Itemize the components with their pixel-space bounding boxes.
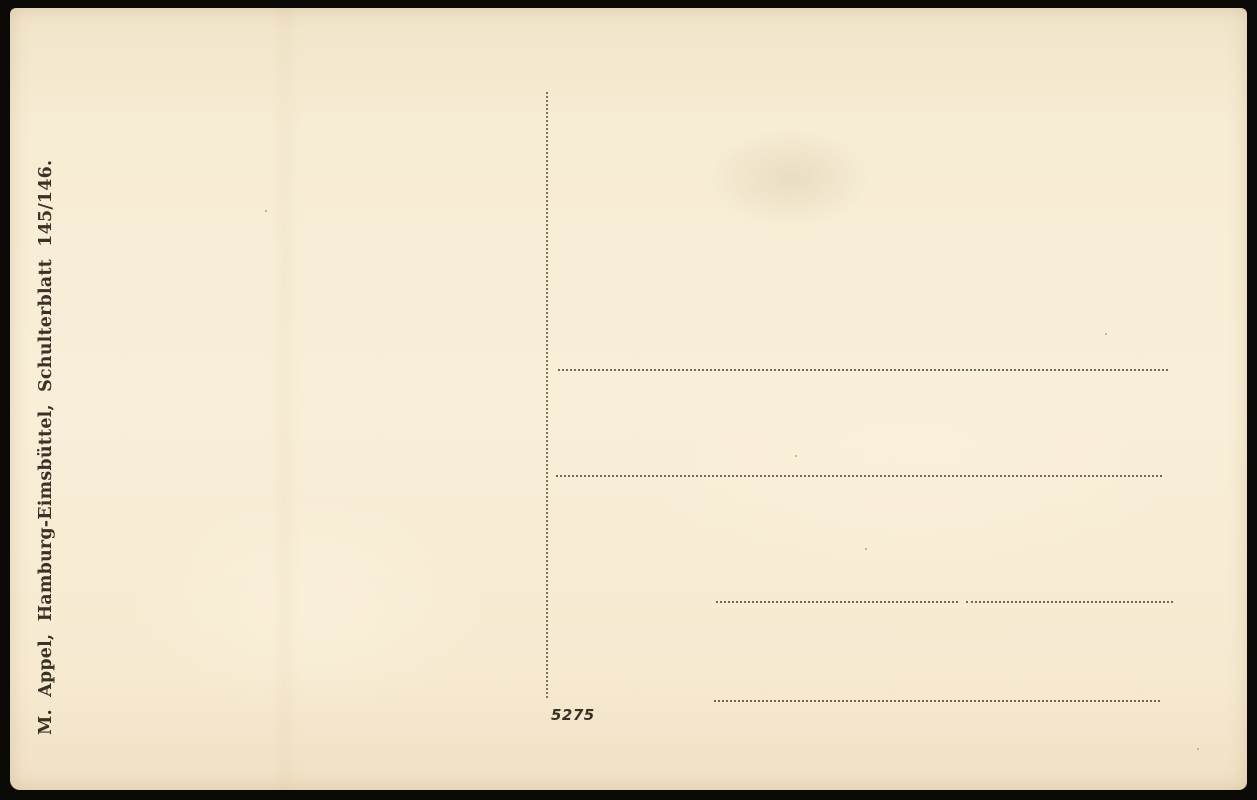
address-line-3-continued <box>966 601 1173 603</box>
address-line-2 <box>556 475 1162 477</box>
publisher-imprint: M. Appel, Hamburg-Eimsbüttel, Schulterbl… <box>36 160 56 735</box>
address-line-3 <box>716 601 958 603</box>
paper-speck <box>1105 333 1107 335</box>
address-line-4 <box>714 700 1160 702</box>
paper-speck <box>265 210 267 212</box>
paper-speck <box>865 548 867 550</box>
address-line-1 <box>558 369 1168 371</box>
serial-number: 5275 <box>551 706 595 724</box>
paper-speck <box>795 455 797 457</box>
scan-background: M. Appel, Hamburg-Eimsbüttel, Schulterbl… <box>0 0 1257 800</box>
postcard-back <box>10 8 1247 790</box>
message-address-divider <box>546 92 548 698</box>
paper-speck <box>1197 748 1199 750</box>
